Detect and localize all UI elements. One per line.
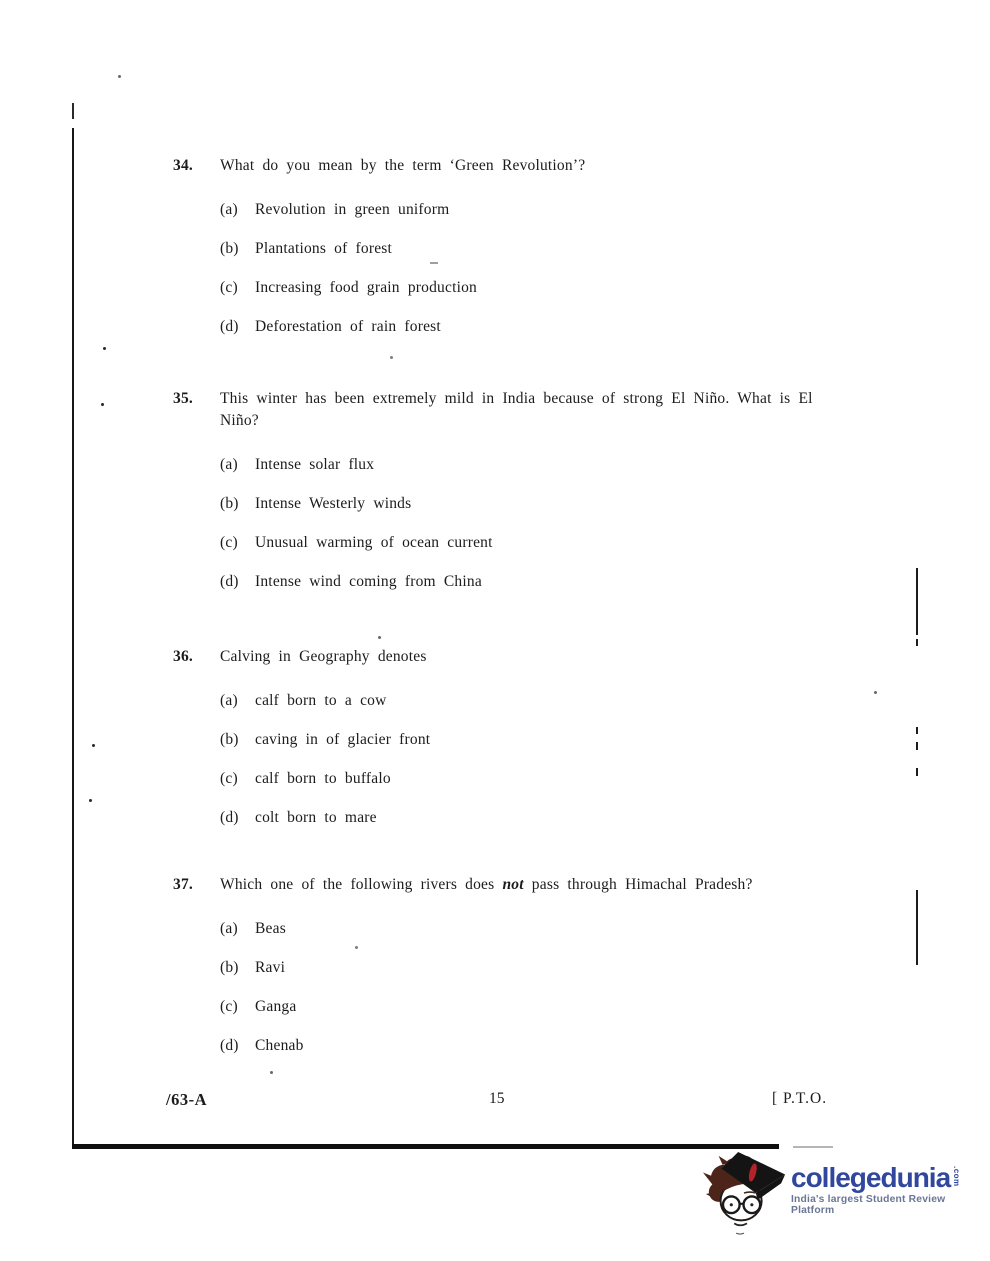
option-label: (a) xyxy=(220,918,255,940)
question-text-pre: Which one of the following rivers does xyxy=(220,876,502,893)
scan-mark-right xyxy=(916,768,918,776)
collegedunia-mascot-icon xyxy=(701,1148,789,1240)
question-text: What do you mean by the term ‘Green Revo… xyxy=(220,155,865,177)
option-label: (d) xyxy=(220,1035,255,1057)
option-text: Unusual warming of ocean current xyxy=(255,532,883,554)
option-row: (b) caving in of glacier front xyxy=(173,729,883,751)
option-label: (d) xyxy=(220,316,255,338)
option-row: (a) calf born to a cow xyxy=(173,690,883,712)
scan-mark-right xyxy=(916,639,918,646)
option-text: Chenab xyxy=(255,1035,883,1057)
page-number: 15 xyxy=(489,1090,505,1108)
option-row: (a) Intense solar flux xyxy=(173,454,883,476)
question-number: 34. xyxy=(173,155,220,177)
question-block-34: 34. What do you mean by the term ‘Green … xyxy=(173,155,883,338)
paper-code: /63-A xyxy=(166,1090,207,1110)
logo-tagline: India's largest Student Review Platform xyxy=(791,1194,990,1216)
option-label: (d) xyxy=(220,807,255,829)
option-text: Beas xyxy=(255,918,883,940)
option-label: (a) xyxy=(220,454,255,476)
option-text: colt born to mare xyxy=(255,807,883,829)
option-text: calf born to a cow xyxy=(255,690,883,712)
option-label: (a) xyxy=(220,690,255,712)
option-row: (d) colt born to mare xyxy=(173,807,883,829)
scan-speck xyxy=(101,403,104,406)
option-label: (c) xyxy=(220,768,255,790)
scanned-exam-page: 34. What do you mean by the term ‘Green … xyxy=(0,0,990,1261)
option-text: caving in of glacier front xyxy=(255,729,883,751)
option-text: Plantations of forest xyxy=(255,238,883,260)
option-text: Intense Westerly winds xyxy=(255,493,883,515)
question-text-emphasis: not xyxy=(502,876,523,893)
option-text: Revolution in green uniform xyxy=(255,199,883,221)
option-text: Increasing food grain production xyxy=(255,277,883,299)
question-text-post: pass through Himachal Pradesh? xyxy=(524,876,753,893)
logo-domain-text: .com xyxy=(952,1166,961,1187)
option-row: (b) Ravi xyxy=(173,957,883,979)
option-text: Ravi xyxy=(255,957,883,979)
collegedunia-logo: collegedunia .com India's largest Studen… xyxy=(701,1148,990,1240)
option-row: (b) Plantations of forest xyxy=(173,238,883,260)
option-label: (a) xyxy=(220,199,255,221)
scan-mark-right xyxy=(916,742,918,750)
scan-speck xyxy=(103,347,106,350)
option-row: (a) Beas xyxy=(173,918,883,940)
option-row: (c) Ganga xyxy=(173,996,883,1018)
scan-speck xyxy=(270,1071,273,1074)
scan-border-left xyxy=(72,128,74,1146)
option-row: (c) calf born to buffalo xyxy=(173,768,883,790)
question-text: This winter has been extremely mild in I… xyxy=(220,388,850,432)
option-label: (d) xyxy=(220,571,255,593)
option-text: Ganga xyxy=(255,996,883,1018)
scan-speck xyxy=(378,636,381,639)
question-number: 36. xyxy=(173,646,220,668)
option-text: Intense wind coming from China xyxy=(255,571,883,593)
option-text: Deforestation of rain forest xyxy=(255,316,883,338)
question-number: 35. xyxy=(173,388,220,432)
option-label: (c) xyxy=(220,532,255,554)
question-text: Calving in Geography denotes xyxy=(220,646,865,668)
question-block-35: 35. This winter has been extremely mild … xyxy=(173,388,883,593)
option-row: (a) Revolution in green uniform xyxy=(173,199,883,221)
option-label: (b) xyxy=(220,957,255,979)
option-row: (d) Chenab xyxy=(173,1035,883,1057)
option-label: (b) xyxy=(220,729,255,751)
scan-mark-right xyxy=(916,727,918,734)
option-row: (b) Intense Westerly winds xyxy=(173,493,883,515)
option-text: Intense solar flux xyxy=(255,454,883,476)
option-label: (b) xyxy=(220,493,255,515)
option-row: (c) Unusual warming of ocean current xyxy=(173,532,883,554)
option-label: (c) xyxy=(220,277,255,299)
question-block-37: 37. Which one of the following rivers do… xyxy=(173,874,883,1057)
pto-label: [ P.T.O. xyxy=(772,1090,827,1108)
question-number: 37. xyxy=(173,874,220,896)
scan-border-bottom xyxy=(72,1144,779,1149)
scan-speck xyxy=(390,356,393,359)
scan-speck xyxy=(89,799,92,802)
scan-border-left-dash xyxy=(72,103,74,119)
scan-mark-right xyxy=(916,568,918,635)
mascot-mouth xyxy=(734,1223,747,1225)
question-text: Which one of the following rivers does n… xyxy=(220,874,865,896)
option-row: (d) Intense wind coming from China xyxy=(173,571,883,593)
question-block-36: 36. Calving in Geography denotes (a) cal… xyxy=(173,646,883,829)
logo-brand-text: collegedunia xyxy=(791,1164,950,1192)
scan-speck xyxy=(92,744,95,747)
option-row: (d) Deforestation of rain forest xyxy=(173,316,883,338)
option-label: (c) xyxy=(220,996,255,1018)
option-text: calf born to buffalo xyxy=(255,768,883,790)
option-label: (b) xyxy=(220,238,255,260)
scan-speck xyxy=(118,75,121,78)
option-row: (c) Increasing food grain production xyxy=(173,277,883,299)
scan-mark-right xyxy=(916,890,918,965)
